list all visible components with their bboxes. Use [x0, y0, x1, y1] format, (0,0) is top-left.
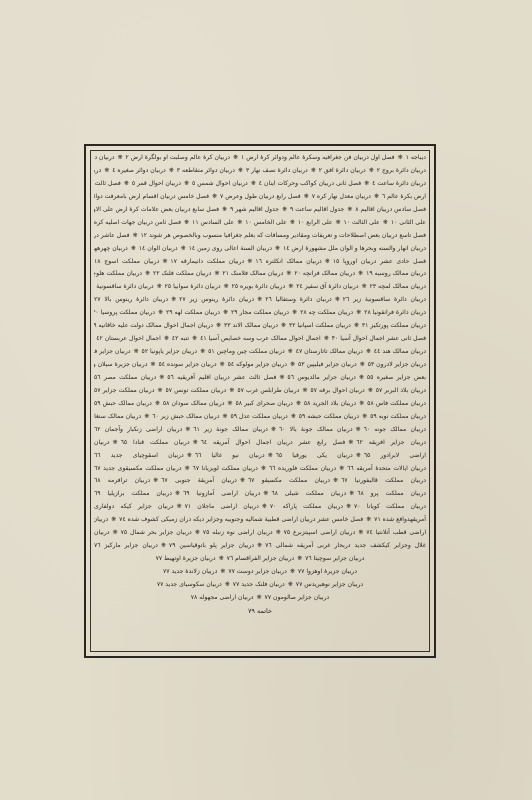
star-ornament-icon: ❋ [171, 294, 176, 307]
toc-entry: دربیان ممالک فلامنک ۲۱ [222, 270, 283, 277]
toc-line: دربیان مملکت کویانا ۷۰❋دربیان مملکت پارا… [94, 501, 426, 514]
toc-entry: دربیان اراضی ماجلان ۷۱ [185, 503, 259, 510]
star-ornament-icon: ❋ [263, 488, 268, 501]
toc-entry: دربیان جزایر سونده ٥٤ [158, 361, 216, 368]
toc-entry: دربیان دائرهٔ بروج ۲ [377, 167, 426, 174]
toc-entry: دربیان مملکت مصر ٥٦ [94, 374, 156, 381]
star-ornament-icon: ❋ [133, 230, 138, 243]
toc-entry: دربیان جزایر نوهبریدس ۷۷ [296, 581, 363, 588]
toc-entry: دربیان ممالک فرانچه ۲۰ [294, 270, 355, 277]
star-ornament-icon: ❋ [181, 243, 186, 256]
star-ornament-icon: ❋ [212, 191, 217, 204]
toc-line: دربیان جزایر سوچیتا ۷٦❋دربیان جزایر الفر… [94, 553, 426, 566]
toc-entry: بعض جزایر صغیره ٥٥ [367, 374, 426, 381]
toc-entry: دربیان مملکت نوبه ٥۹ [370, 413, 426, 420]
star-ornament-icon: ❋ [216, 320, 221, 333]
toc-entry: دربیان مملکت عدل ٥۹ [230, 413, 287, 420]
star-ornament-icon: ❋ [288, 346, 293, 359]
star-ornament-icon: ❋ [219, 553, 224, 566]
star-ornament-icon: ❋ [279, 372, 284, 385]
toc-entry: دربیان جزیرهٔ اوهزوا ۷۷ [298, 568, 357, 575]
toc-entry: فصل رابع دربیان طول وعرض ٧ [220, 193, 301, 200]
toc-entry: دربیان ممالک سنغال ٦۰ [94, 413, 141, 420]
star-ornament-icon: ❋ [225, 579, 230, 592]
star-ornament-icon: ❋ [325, 256, 330, 269]
toc-entry: دربیان ترافرمه ٦۸ [94, 477, 150, 484]
star-ornament-icon: ❋ [366, 514, 371, 527]
toc-entry: دربیان جزایر فیلیپین ٥۳ [298, 361, 357, 368]
toc-entry: اراضی قطب آتلانتیا ۷٤ [366, 529, 426, 536]
star-ornament-icon: ❋ [304, 191, 309, 204]
star-ornament-icon: ❋ [184, 217, 189, 230]
star-ornament-icon: ❋ [286, 268, 291, 281]
toc-entry: دربیان مملکت پرو ٦۸ [357, 490, 426, 497]
toc-entry: دربیان مملکت مکسیقو ٦۷ [248, 477, 330, 484]
toc-entry: جدول اقالیم ساعت ۹ [290, 206, 344, 213]
star-ornament-icon: ❋ [153, 475, 158, 488]
toc-entry: دربیان مملکت اسپانیا ۳۲ [289, 322, 351, 329]
toc-entry: دربیان طرابلس غرب ٥۷ [237, 387, 299, 394]
toc-line: دربیان مملکت قالیفورنیا ٦۷❋دربیان مملکت … [94, 475, 426, 488]
toc-entry: دربیان جزایر صالومون ۷۷ [265, 594, 330, 601]
toc-entry: دربیان دائرهٔ آق سفیز ۲٤ [296, 283, 358, 290]
star-ornament-icon: ❋ [374, 191, 379, 204]
toc-entry: دربیان دائرهٔ بویره ۲٥ [232, 283, 286, 290]
toc-entry: دربیان مملکت فلوریده ٦٦ [269, 465, 336, 472]
star-ornament-icon: ❋ [369, 165, 374, 178]
toc-line: دربیان مملکت فاس ٥۸❋دربیان بلاد الجرید ٥… [94, 398, 426, 411]
star-ornament-icon: ❋ [333, 475, 338, 488]
toc-entry: دربیان مملکت دانیمارقه ۱۷ [170, 258, 244, 265]
toc-entry: دربیان کرهٔ عالم وصلبت او بولگرهٔ ارض ۲ [126, 154, 230, 161]
toc-entry: جدول اقالیم شهر ۹ [230, 206, 279, 213]
star-ornament-icon: ❋ [290, 217, 295, 230]
toc-entry: دربیان مملکت اسوج ۱۸ [94, 258, 159, 265]
toc-entry: فصل خامس عشر دربیان اراضی قطبیهٔ شمالیه … [119, 516, 363, 523]
toc-line: دربیان جزیرهٔ اوهزوا ۷۷❋دربیان جزایر دوس… [94, 566, 426, 579]
star-ornament-icon: ❋ [288, 579, 293, 592]
star-ornament-icon: ❋ [187, 450, 192, 463]
star-ornament-icon: ❋ [251, 178, 256, 191]
toc-entry: دربیان دائرهٔ استوا ۲ [94, 154, 115, 161]
toc-entry: دربیان مملکت شیلی ٦۸ [271, 490, 346, 497]
toc-entry: دربیان دائرهٔ ساقسونیهٔ بالا ۲٥ [94, 283, 154, 290]
toc-entry: دربیان جزایر بحر شمال ۷٥ [121, 529, 192, 536]
toc-entry: دربیان فلنک جدید ۷۷ [233, 581, 285, 588]
toc-line: ارض بکرهٔ عالم ٦❋دربیان معدل نهار کره ٧❋… [94, 191, 426, 204]
toc-entry: ارض بکرهٔ عالم ٦ [382, 193, 426, 200]
star-ornament-icon: ❋ [356, 424, 361, 437]
star-ornament-icon: ❋ [193, 437, 198, 450]
toc-entry: دربیان ممالک انکلتره ۱٦ [255, 258, 321, 265]
toc-entry: علی الرابع ۱۰ [298, 219, 333, 226]
toc-entry: علی الثالث ۱۰ [344, 219, 380, 226]
toc-line: دربیان جزایر نوهبریدس ۷۷❋دربیان فلنک جدی… [94, 579, 426, 592]
star-ornament-icon: ❋ [348, 437, 353, 450]
star-ornament-icon: ❋ [271, 424, 276, 437]
star-ornament-icon: ❋ [157, 281, 162, 294]
toc-entry: دربیان مملکت کویانا ۷۰ [354, 503, 426, 510]
page-frame-outer-border: دیباجه ۱❋فصل اول دربیان فن جغرافیه وسکره… [84, 144, 436, 658]
toc-entry: دربیان مملکت جزایر ٥۷ [94, 387, 154, 394]
table-of-contents: دیباجه ۱❋فصل اول دربیان فن جغرافیه وسکره… [94, 152, 426, 650]
toc-entry: دربیان ممالک هند ٤٤ [374, 348, 426, 355]
star-ornament-icon: ❋ [158, 307, 163, 320]
toc-line: دربیان ممالک هند ٤٤❋دربیان ممالک تاتارست… [94, 346, 426, 359]
toc-entry: دربیان مملکت مجار ۲۹ [231, 309, 289, 316]
toc-entry: آمریقهدواقع شده ۷۱ [374, 516, 426, 523]
toc-line: علی الثانی ۱۰❋علی الثالث ۱۰❋علی الرابع ۱… [94, 217, 426, 230]
toc-entry: دربیان جزایر فیلیپینه ٥۳ [94, 348, 131, 355]
toc-entry: فصل سابع دربیان بعض علامات کرهٔ ارض علی … [94, 206, 219, 213]
star-ornament-icon: ❋ [360, 359, 365, 372]
toc-entry: فصل ثالث عشر دربیان اقلیم آفریقیه ٥٦ [167, 374, 276, 381]
star-ornament-icon: ❋ [311, 165, 316, 178]
toc-entry: علی السادس ۱۱ [192, 219, 234, 226]
toc-entry: دربیان مملکت حبشه ٥۹ [299, 413, 359, 420]
toc-entry: دربیان دوائر متقاطعه ۳ [177, 167, 235, 174]
toc-line: دربیان ممالک لمچه ۲۳❋دربیان دائرهٔ آق سف… [94, 281, 426, 294]
star-ornament-icon: ❋ [144, 411, 149, 424]
toc-line: دربیان ممالک جونه ٦۰❋دربیان ممالک جونهٔ … [94, 424, 426, 437]
toc-entry: دربیان ممالک لمچه ۲۳ [370, 283, 426, 290]
toc-entry: دربیان جزایر مولوکه ٥٤ [228, 361, 287, 368]
toc-entry: دربیان ممالک جونهٔ بالا ٦۰ [279, 426, 353, 433]
toc-entry: فصل اول دربیان فن جغرافیه وسکرهٔ عالم ود… [241, 154, 395, 161]
toc-entry: دربیان جزایر دوست ۷۷ [228, 568, 287, 575]
toc-entry: دربیان مملکت تونس ٥۷ [165, 387, 226, 394]
toc-line: آمریقهدواقع شده ۷۱❋فصل خامس عشر دربیان ا… [94, 514, 426, 527]
star-ornament-icon: ❋ [368, 385, 373, 398]
toc-entry: دربیان احوال برقه ٥۷ [310, 387, 364, 394]
star-ornament-icon: ❋ [358, 268, 363, 281]
toc-entry: دربیان [94, 529, 110, 536]
star-ornament-icon: ❋ [346, 501, 351, 514]
toc-entry: دربیان ممالک روسیه ۱۹ [366, 270, 426, 277]
toc-entry: اجمال احوال عربستان ٤۲ [96, 335, 161, 342]
toc-entry: دربیان مملکت چین وماچین ٥۱ [208, 348, 285, 355]
star-ornament-icon: ❋ [349, 488, 354, 501]
toc-line: دربیان دائرهٔ ساقسونیهٔ زیر ۲٦❋دربیان دا… [94, 294, 426, 307]
star-ornament-icon: ❋ [150, 359, 155, 372]
star-ornament-icon: ❋ [364, 178, 369, 191]
toc-entry: دربیان چهرهها ۱٤ [94, 245, 128, 252]
toc-entry: فصل ثامن دربیان جهات اصلیه کره که دائما … [94, 219, 181, 226]
star-ornament-icon: ❋ [184, 178, 189, 191]
star-ornament-icon: ❋ [227, 398, 232, 411]
toc-line: فصل سادس دربیان اقالیم ۸❋جدول اقالیم ساع… [94, 204, 426, 217]
star-ornament-icon: ❋ [356, 450, 361, 463]
toc-entry: دربیان ممالک جونه ٦۰ [364, 426, 426, 433]
star-ornament-icon: ❋ [383, 217, 388, 230]
toc-entry: دربیان صحرای کبیر ٥۸ [235, 400, 292, 407]
toc-line: دربیان دائرهٔ فرانقونیا ۲۸❋دربیان مملکت … [94, 307, 426, 320]
star-ornament-icon: ❋ [238, 165, 243, 178]
toc-entry: دربیان جزایر پلو باتوقیاسین ۷۹ [169, 542, 254, 549]
star-ornament-icon: ❋ [131, 243, 136, 256]
star-ornament-icon: ❋ [195, 527, 200, 540]
star-ornament-icon: ❋ [177, 501, 182, 514]
toc-entry: دربیان دائرهٔ ساقسونیهٔ زیر ۲٦ [343, 296, 426, 303]
toc-entry: دربیان مملکت مکسیقوی جدید ٦۷ [94, 465, 182, 472]
toc-entry: دربیان دوائر قطب ٤ [94, 167, 101, 174]
star-ornament-icon: ❋ [104, 165, 109, 178]
star-ornament-icon: ❋ [366, 346, 371, 359]
toc-entry: دربیان دائرهٔ سوابیا ۲٥ [165, 283, 221, 290]
toc-entry: دربیان مملکت چه ۲۸ [300, 309, 353, 316]
toc-entry: دربیان جزایر سوچیتا ۷٦ [305, 555, 364, 562]
toc-entry: دربیان مملکت لویزیانا ٦۷ [193, 465, 258, 472]
star-ornament-icon: ❋ [336, 217, 341, 230]
toc-entry: دربیان اراضی مجهوله ۷۸ [191, 594, 254, 601]
star-ornament-icon: ❋ [247, 256, 252, 269]
toc-entry: فصل عاشر دربیان تقسیم قوی کرهٔ ارض ۱۳ [94, 232, 130, 239]
star-ornament-icon: ❋ [290, 566, 295, 579]
star-ornament-icon: ❋ [359, 372, 364, 385]
star-ornament-icon: ❋ [157, 385, 162, 398]
toc-entry: دربیان الوان ۱٤ [139, 245, 178, 252]
star-ornament-icon: ❋ [185, 424, 190, 437]
star-ornament-icon: ❋ [257, 592, 262, 605]
toc-entry: دربیان جزایر لادرون ٥۳ [368, 361, 426, 368]
toc-entry: دربیان جزایر افریقه ٦۲ [356, 439, 426, 446]
star-ornament-icon: ❋ [276, 527, 281, 540]
star-ornament-icon: ❋ [200, 346, 205, 359]
toc-line: دربیان مملکت پورتکیز ۳۱❋دربیان مملکت اسپ… [94, 320, 426, 333]
star-ornament-icon: ❋ [302, 385, 307, 398]
star-ornament-icon: ❋ [220, 566, 225, 579]
toc-line: دیباجه ۱❋فصل اول دربیان فن جغرافیه وسکره… [94, 152, 426, 165]
star-ornament-icon: ❋ [291, 411, 296, 424]
toc-line: بعض جزایر صغیره ٥٥❋دربیان جزایر مالدیوس … [94, 372, 426, 385]
toc-entry: دربیان اراضی آمازونیا ٦۹ [183, 490, 260, 497]
star-ornament-icon: ❋ [335, 294, 340, 307]
star-ornament-icon: ❋ [398, 152, 403, 165]
toc-entry: دربیان زلاندهٔ جدید ۷۷ [163, 568, 217, 575]
toc-entry: دربیان ممالک حبش زیر ٦۰ [152, 413, 219, 420]
star-ornament-icon: ❋ [175, 488, 180, 501]
toc-entry: دربیان دائرهٔ ساعت ٤ [372, 180, 426, 187]
star-ornament-icon: ❋ [145, 268, 150, 281]
toc-entry: دربیان مملکت پورتکیز ۳۱ [362, 322, 426, 329]
toc-entry: اجمال احوال ممالک عرب وسه خصایص آسیا ٤۱ [200, 335, 321, 342]
toc-entry: دربیان دائرهٔ رینوس زیر ۲۷ [179, 296, 254, 303]
star-ornament-icon: ❋ [222, 411, 227, 424]
toc-line: اراضی قطب آتلانتیا ۷٤❋دربیان اراضی اسپیت… [94, 527, 426, 540]
star-ornament-icon: ❋ [134, 346, 139, 359]
toc-entry: دربیان بلاد الجرید ٥۸ [304, 400, 356, 407]
toc-entry: دربیان مملکت پاراکه ۷۰ [270, 503, 343, 510]
toc-line: دربیان جزایر لادرون ٥۳❋دربیان جزایر فیلی… [94, 359, 426, 372]
star-ornament-icon: ❋ [223, 307, 228, 320]
star-ornament-icon: ❋ [354, 320, 359, 333]
toc-entry: دربیان دائرهٔ نصف نهار ۳ [246, 167, 308, 174]
star-ornament-icon: ❋ [262, 501, 267, 514]
toc-line: دربیان ممالک روسیه ۱۹❋دربیان ممالک فرانچ… [94, 268, 426, 281]
star-ornament-icon: ❋ [124, 178, 129, 191]
toc-line: دربیان مملکت نوبه ٥۹❋دربیان مملکت حبشه ٥… [94, 411, 426, 424]
toc-entry: تتبه ٤۲ [172, 335, 189, 342]
toc-entry: فصل تاسع دربیان بعض اصطلاحات و تعریفات و… [141, 232, 426, 239]
toc-line: فصل ثانی عشر اجمال احوال آسیا ۴۰❋اجمال ا… [94, 333, 426, 346]
toc-entry: دربیان اجمال احوال ممالک دولت علیه خاقان… [94, 322, 213, 329]
star-ornament-icon: ❋ [257, 540, 262, 553]
toc-line: دربیان انهار والسنه وبحرها و الوان ملل م… [94, 243, 426, 256]
star-ornament-icon: ❋ [161, 540, 166, 553]
toc-entry: دربیان معدل نهار کره ٧ [312, 193, 371, 200]
star-ornament-icon: ❋ [118, 152, 123, 165]
toc-entry: دربیان دائرهٔ فرانقونیا ۲۸ [364, 309, 426, 316]
toc-entry: دربیان جزیرهٔ اوتهیط ۷۷ [156, 555, 216, 562]
star-ornament-icon: ❋ [162, 256, 167, 269]
star-ornament-icon: ❋ [362, 281, 367, 294]
toc-entry: دربیان دوائر صغیره ٤ [112, 167, 166, 174]
toc-entry: دربیان جزایر مالدیوس ٥٦ [287, 374, 355, 381]
star-ornament-icon: ❋ [356, 307, 361, 320]
toc-entry: دربیان دائرهٔ وستفالیا ۲٦ [265, 296, 332, 303]
star-ornament-icon: ❋ [164, 333, 169, 346]
toc-entry: دربیان انهار والسنه وبحرها و الوان ملل م… [283, 245, 426, 252]
star-ornament-icon: ❋ [224, 281, 229, 294]
toc-end-line: خاتمه ۷۹ [94, 605, 426, 618]
toc-entry: دربیان مملکت برازیلیا ٦۹ [94, 490, 172, 497]
toc-entry: دربیان ایالات متحدهٔ آمریقه ٦٦ [347, 465, 426, 472]
toc-entry: دربیان اراضی اسپیتزبرغ ۷٥ [284, 529, 356, 536]
toc-entry: دربیان ممالک تاتارستان ٤۷ [296, 348, 363, 355]
toc-line: دربیان جزایر صالومون ۷۷❋دربیان اراضی مجه… [94, 592, 426, 605]
toc-line: فصل تاسع دربیان بعض اصطلاحات و تعریفات و… [94, 230, 426, 243]
star-ornament-icon: ❋ [362, 411, 367, 424]
toc-entry: دربیان اراضی نوه زنبله ۷٥ [203, 529, 273, 536]
toc-entry: علی الخامس ۱۰ [245, 219, 287, 226]
toc-line: اراضی لابرادور ٦٥❋دربیان یکی یورقیا ٦٥❋د… [94, 450, 426, 463]
toc-line: فصل حادی عشر دربیان اوروپا ۱٥❋دربیان مما… [94, 256, 426, 269]
toc-entry: دربیان جزیرهٔ سیلان وبعض دیگر [94, 361, 147, 368]
toc-entry: دربیان جزایر کیکه دولفاری [94, 503, 174, 510]
star-ornament-icon: ❋ [220, 359, 225, 372]
star-ornament-icon: ❋ [192, 333, 197, 346]
toc-entry: فصل حادی عشر دربیان اوروپا ۱٥ [333, 258, 426, 265]
toc-entry: دیباجه ۱ [406, 154, 426, 161]
toc-line: دربیان ایالات متحدهٔ آمریقه ٦٦❋دربیان مم… [94, 463, 426, 476]
toc-entry: دربیان ممالک جونهٔ زیر ٦۱ [193, 426, 268, 433]
toc-entry: دربیان جزایر یاپونیا ٥۲ [142, 348, 198, 355]
star-ornament-icon: ❋ [155, 398, 160, 411]
star-ornament-icon: ❋ [292, 307, 297, 320]
star-ornament-icon: ❋ [290, 359, 295, 372]
star-ornament-icon: ❋ [113, 437, 118, 450]
star-ornament-icon: ❋ [229, 385, 234, 398]
toc-entry: دربیان مملکت هلوچیا ۲۳ [94, 270, 142, 277]
toc-entry: فصل ثانی دربیان کواکب وحرکات اینان ٤ [259, 180, 361, 187]
toc-entry: دربیان مملکت لهه ۲۹ [166, 309, 220, 316]
toc-entry: فصل سادس دربیان اقالیم ۸ [355, 206, 426, 213]
toc-entry: دربیان دائرهٔ افق ۲ [319, 167, 366, 174]
toc-entry: دربیان بلاد البربر ٥۷ [376, 387, 426, 394]
toc-entry: دربیان السنهٔ اعالی روی زمین ۱٤ [189, 245, 272, 252]
toc-entry: دربیان نیو غالیا ٦٦ [195, 452, 265, 459]
star-ornament-icon: ❋ [324, 333, 329, 346]
star-ornament-icon: ❋ [275, 243, 280, 256]
star-ornament-icon: ❋ [237, 217, 242, 230]
toc-line: دربیان دائرهٔ بروج ۲❋دربیان دائرهٔ افق ۲… [94, 165, 426, 178]
toc-entry: اراضی لابرادور ٦٥ [364, 452, 426, 459]
star-ornament-icon: ❋ [358, 527, 363, 540]
star-ornament-icon: ❋ [261, 463, 266, 476]
toc-entry: فصل رابع عشر دربیان اجمال احوال آمریقه ٦… [201, 439, 346, 446]
toc-entry: دربیان جزایر مارکیز ۷٦ [94, 542, 158, 549]
toc-entry: دربیان آمریقهٔ جنوبی ٦۷ [161, 477, 237, 484]
toc-entry: دربیان [94, 439, 110, 446]
toc-entry: دربیان ممالک سودان ٥۸ [163, 400, 225, 407]
star-ornament-icon: ❋ [296, 398, 301, 411]
toc-entry: دربیان اسقوچیای جدید ٦٦ [94, 452, 184, 459]
star-ornament-icon: ❋ [111, 514, 116, 527]
toc-entry: دربیان [94, 516, 108, 523]
star-ornament-icon: ❋ [222, 204, 227, 217]
toc-entry: دربیان احوال شمس ٥ [192, 180, 248, 187]
toc-entry: فصل ثانی عشر اجمال احوال آسیا ۴۰ [332, 335, 426, 342]
toc-entry: دربیان ممالک حبش ٥۹ [94, 400, 152, 407]
star-ornament-icon: ❋ [359, 398, 364, 411]
toc-entry: دربیان سکوسیای جدید ۷۷ [157, 581, 222, 588]
star-ornament-icon: ❋ [297, 553, 302, 566]
toc-entry: فصل ثالث دربیان تطبیق کرهٔ [94, 180, 121, 187]
toc-entry: دربیان مملکت فلنک ۲۲ [153, 270, 211, 277]
toc-line: دربیان مملکت پرو ٦۸❋دربیان مملکت شیلی ٦۸… [94, 488, 426, 501]
toc-line: غلال وجزایر کیکشف جدید دربحار غربی آمریق… [94, 540, 426, 553]
toc-line: دربیان بلاد البربر ٥۷❋دربیان احوال برقه … [94, 385, 426, 398]
toc-line: دربیان جزایر افریقه ٦۲❋فصل رابع عشر دربی… [94, 437, 426, 450]
star-ornament-icon: ❋ [288, 281, 293, 294]
toc-entry: دربیان مملکت قالیفورنیا ٦۷ [341, 477, 426, 484]
star-ornament-icon: ❋ [240, 475, 245, 488]
star-ornament-icon: ❋ [281, 320, 286, 333]
star-ornament-icon: ❋ [339, 463, 344, 476]
star-ornament-icon: ❋ [185, 463, 190, 476]
star-ornament-icon: ❋ [214, 268, 219, 281]
toc-entry: غلال وجزایر کیکشف جدید دربحار غربی آمریق… [265, 542, 426, 549]
star-ornament-icon: ❋ [257, 294, 262, 307]
toc-entry: فصل خامس دربیان اقسام ارض بامعرفت دوائر … [94, 193, 209, 200]
star-ornament-icon: ❋ [113, 527, 118, 540]
toc-entry: دربیان اراضی زنکبار وآجمان ٦۲ [94, 426, 182, 433]
toc-entry: دربیان دائرهٔ رینوس بالا ۲۷ [94, 296, 168, 303]
toc-entry: دربیان احوال قمر ٥ [132, 180, 181, 187]
star-ornament-icon: ❋ [169, 165, 174, 178]
star-ornament-icon: ❋ [347, 204, 352, 217]
star-ornament-icon: ❋ [233, 152, 238, 165]
toc-entry: دربیان مملکت پروسیا ۳۰ [94, 309, 155, 316]
toc-entry: دربیان مملکت فاس ٥۸ [367, 400, 426, 407]
star-ornament-icon: ❋ [159, 372, 164, 385]
toc-line: دربیان دائرهٔ ساعت ٤❋فصل ثانی دربیان کوا… [94, 178, 426, 191]
star-ornament-icon: ❋ [282, 204, 287, 217]
toc-entry: دربیان مملکت قنادا ٦٥ [121, 439, 190, 446]
toc-entry: دربیان جزایر الفراقسام ۷٦ [227, 555, 294, 562]
toc-entry: خاتمه ۷۹ [248, 607, 272, 615]
toc-entry: علی الثانی ۱۰ [391, 219, 426, 226]
toc-entry: دربیان یکی یورقیا ٦٥ [276, 452, 353, 459]
toc-entry: دربیان ممالک الاند ۳۳ [224, 322, 278, 329]
star-ornament-icon: ❋ [268, 450, 273, 463]
